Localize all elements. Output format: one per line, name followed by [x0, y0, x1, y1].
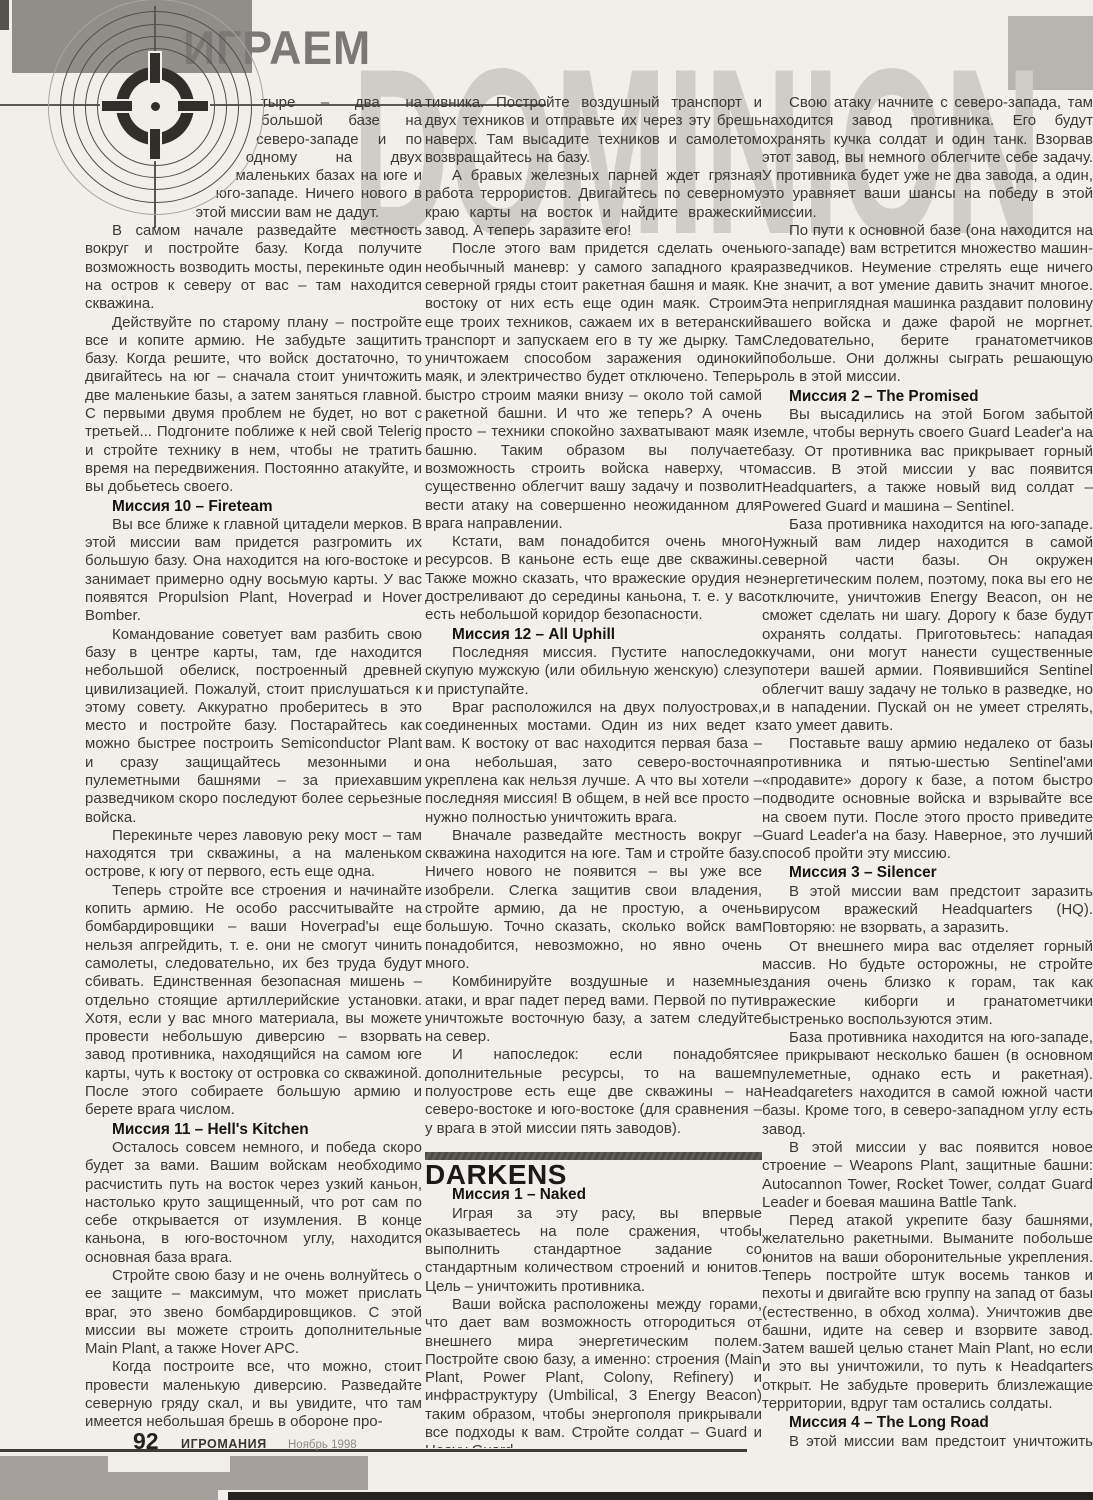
scope-tick-east [176, 99, 210, 113]
body-paragraph: Осталось совсем немного, и победа скоро … [85, 1139, 422, 1267]
mission-title: Миссия 12 – All Uphill [425, 626, 762, 644]
body-paragraph: Командование советует вам разбить свою б… [85, 626, 422, 827]
magazine-name: ИГРОМАНИЯ [181, 1437, 267, 1451]
body-paragraph: Враг расположился на двух полуостровах, … [425, 699, 762, 827]
body-paragraph: Ваши войска расположены между горами, чт… [425, 1296, 762, 1448]
mission-title: Миссия 11 – Hell's Kitchen [85, 1121, 422, 1139]
body-paragraph: Вначале разведайте местность вокруг – ск… [425, 827, 762, 973]
magazine-page: DOMINION ИГРАЕМ тыре – два на большой ба… [0, 0, 1093, 1500]
body-paragraph: После этого вам придется сделать очень н… [425, 240, 762, 533]
scope-tick-south [148, 127, 162, 161]
page-corner-mark [0, 0, 9, 30]
footer-gray-box-lower [0, 1478, 218, 1500]
mission-title: Миссия 1 – Naked [425, 1186, 762, 1204]
body-paragraph: И напоследок: если понадобятся дополните… [425, 1046, 762, 1137]
body-paragraph: База противника находится на юго-западе.… [762, 516, 1093, 736]
body-paragraph: Перекиньте через лавовую реку мост – там… [85, 827, 422, 882]
crosshair-target-icon [47, 0, 263, 214]
body-paragraph: Когда построите все, что можно, стоит пр… [85, 1358, 422, 1431]
mission-title: Миссия 3 – Silencer [762, 864, 1093, 882]
page-number: 92 [133, 1428, 159, 1455]
body-paragraph: Вы высадились на этой Богом забытой земл… [762, 406, 1093, 516]
body-paragraph: В самом начале разведайте местность вокр… [85, 222, 422, 313]
body-paragraph: А бравых железных парней ждет грязная ра… [425, 167, 762, 240]
body-paragraph: Играя за эту расу, вы впервые оказываете… [425, 1205, 762, 1296]
body-paragraph: Кстати, вам понадобится очень много ресу… [425, 533, 762, 624]
column-2: тивника. Постройте воздушный транспорт и… [425, 94, 762, 1448]
scope-tick-north [148, 51, 162, 85]
body-paragraph: От внешнего мира вас отделяет горный мас… [762, 938, 1093, 1029]
issue-date: Ноябрь 1998 [288, 1439, 357, 1451]
body-paragraph: Комбинируйте воздушные и наземные атаки,… [425, 973, 762, 1046]
scope-tick-west [100, 99, 134, 113]
body-paragraph: По пути к основной базе (она находится н… [762, 222, 1093, 387]
body-paragraph: Вы все ближе к главной цитадели мерков. … [85, 516, 422, 626]
mission-title: Миссия 10 – Fireteam [85, 498, 422, 516]
mission-title: Миссия 4 – The Long Road [762, 1414, 1093, 1432]
column-1: тыре – два на большой базе на северо-зап… [85, 94, 422, 1446]
body-paragraph: В этой миссии вам предстоит заразить вир… [762, 883, 1093, 938]
body-paragraph: тивника. Постройте воздушный транспорт и… [425, 94, 762, 167]
body-paragraph: Стройте свою базу и не очень волнуйтесь … [85, 1267, 422, 1358]
body-paragraph: В этой миссии у вас появится новое строе… [762, 1139, 1093, 1212]
mission-title: Миссия 2 – The Promised [762, 388, 1093, 406]
scope-center-dot [151, 102, 160, 111]
body-paragraph: Свою атаку начните с северо-запада, там … [762, 94, 1093, 222]
body-paragraph: Действуйте по старому плану – постройте … [85, 314, 422, 497]
body-paragraph: Перед атакой укрепите базу башнями, жела… [762, 1212, 1093, 1413]
race-section-title: DARKENS [425, 1166, 762, 1184]
body-paragraph: Поставьте вашу армию недалеко от базы пр… [762, 735, 1093, 863]
body-paragraph: Теперь стройте все строения и начинайте … [85, 882, 422, 1120]
column-3: Свою атаку начните с северо-запада, там … [762, 94, 1093, 1448]
body-paragraph: Последняя миссия. Пустите напоследок ску… [425, 644, 762, 699]
body-paragraph: В этой миссии вам предстоит уничтожить п… [762, 1433, 1093, 1448]
footer-rule [0, 1449, 747, 1452]
bottom-edge-bar [228, 1492, 1093, 1500]
body-paragraph: База противника находится на юго-западе,… [762, 1029, 1093, 1139]
footer-notch [108, 1456, 230, 1472]
